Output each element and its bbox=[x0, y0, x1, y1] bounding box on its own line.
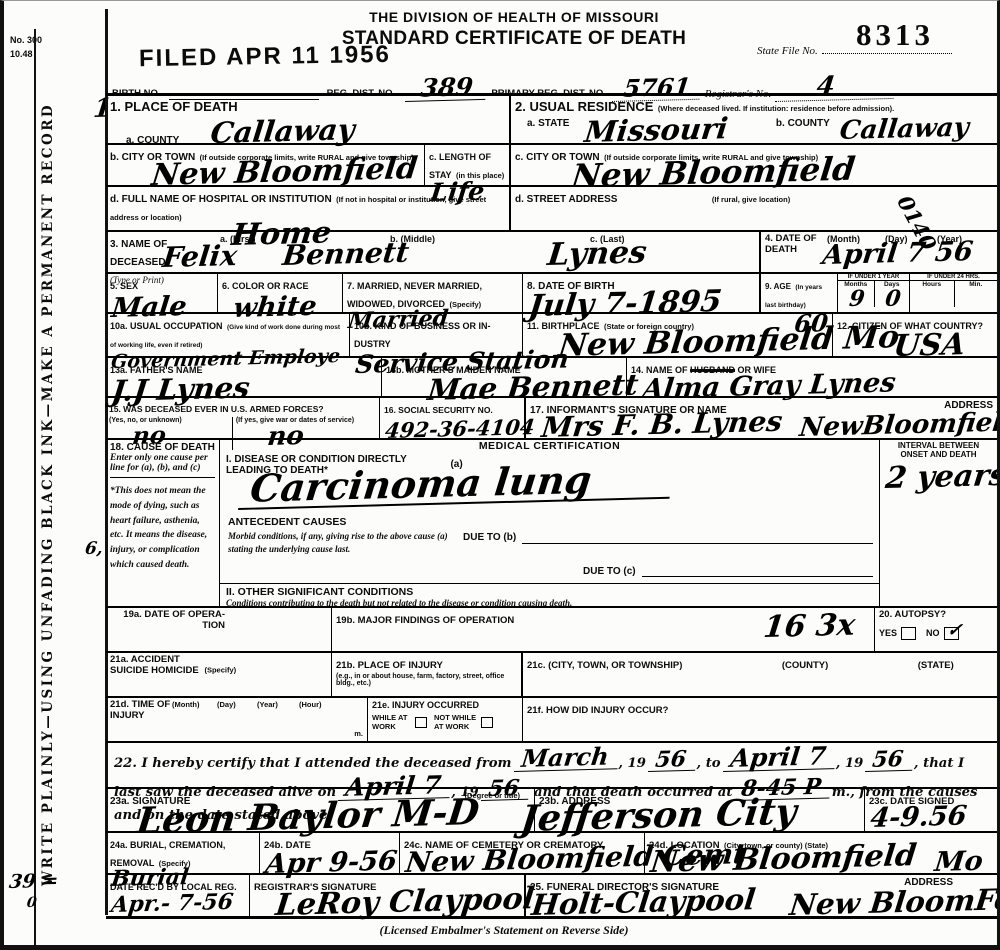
findings-value: 16 3x bbox=[762, 611, 857, 643]
field-armed-forces: 15. WAS DECEASED EVER IN U.S. ARMED FORC… bbox=[106, 396, 379, 438]
autopsy-yes-checkbox bbox=[901, 627, 916, 640]
filed-stamp: FILED APR 11 1956 bbox=[139, 41, 391, 73]
date-received-value: Apr.- 7-56 bbox=[110, 891, 234, 916]
field-street-address: d. STREET ADDRESS (If rural, give locati… bbox=[509, 185, 997, 230]
field-res-city-or-town: c. CITY OR TOWN (If outside corporate li… bbox=[509, 143, 997, 185]
while-at-work-label: WHILE AT WORK bbox=[372, 713, 412, 731]
race-label: 6. COLOR OR RACE bbox=[222, 281, 309, 291]
field-city-or-town: b. CITY OR TOWN (If outside corporate li… bbox=[106, 143, 424, 185]
other-conditions-label: II. OTHER SIGNIFICANT CONDITIONS bbox=[226, 586, 873, 598]
margin-mark: 39 = bbox=[8, 872, 59, 892]
margin-mark: 0 bbox=[26, 896, 37, 910]
field-color-or-race: 6. COLOR OR RACE white bbox=[217, 272, 342, 312]
accident-label: 21a. ACCIDENT SUICIDE HOMICIDE bbox=[110, 655, 200, 676]
hours-label: Hours bbox=[910, 281, 954, 288]
not-while-label: NOT WHILE AT WORK bbox=[434, 713, 478, 731]
margin-mark: 6, bbox=[84, 541, 104, 558]
field-name-of-deceased: 3. NAME OF DECEASED (Type or Print) a. (… bbox=[106, 230, 759, 272]
field-length-of-stay: c. LENGTH OF STAY (in this place) Life bbox=[424, 143, 509, 185]
field-major-findings: 19b. MAJOR FINDINGS OF OPERATION 16 3x bbox=[331, 606, 874, 651]
min-label: Min. bbox=[955, 281, 998, 288]
field-date-received: DATE REC'D BY LOCAL REG. Apr.- 7-56 bbox=[106, 873, 249, 916]
injury-county-label: (COUNTY) bbox=[782, 660, 828, 671]
field-mother-name: 13b. MOTHER'S MAIDEN NAME Mae Bennett bbox=[381, 356, 626, 396]
medical-cert-title: MEDICAL CERTIFICATION bbox=[220, 440, 879, 452]
division-title: THE DIVISION OF HEALTH OF MISSOURI bbox=[334, 9, 694, 25]
not-while-checkbox bbox=[481, 717, 493, 728]
state-file-number-stamp: 8313 bbox=[856, 17, 934, 53]
antecedent-label: ANTECEDENT CAUSES bbox=[228, 516, 873, 528]
field-marital-status: 7. MARRIED, NEVER MARRIED, WIDOWED, DIVO… bbox=[342, 272, 522, 312]
field-citizen: 12. CITIZEN OF WHAT COUNTRY? USA bbox=[832, 312, 997, 356]
field-date-signed: 23c. DATE SIGNED 4-9.56 bbox=[864, 787, 997, 831]
field-cemetery: 24c. NAME OF CEMETERY OR CREMATORY New B… bbox=[399, 831, 644, 873]
field-certify-statement: 22. I hereby certify that I attended the… bbox=[106, 741, 997, 787]
due-to-b-label: DUE TO (b) bbox=[463, 532, 516, 543]
street-note: (If rural, give location) bbox=[712, 195, 790, 204]
injury-place-note: (e.g., in or about house, farm, factory,… bbox=[336, 673, 517, 687]
how-injury-label: 21f. HOW DID INJURY OCCUR? bbox=[527, 705, 668, 716]
business-label: 10b. KIND OF BUSINESS OR IN­DUSTRY bbox=[354, 321, 491, 349]
name-label: 3. NAME OF DECEASED bbox=[110, 239, 167, 268]
field-informant: 17. INFORMANT'S SIGNATURE OR NAME ADDRES… bbox=[524, 396, 997, 438]
accident-note: (Specify) bbox=[204, 666, 236, 675]
embalmer-note: (Licensed Embalmer's Statement on Revers… bbox=[254, 923, 754, 938]
field-date-of-operation: 19a. DATE OF OPERA­TION bbox=[106, 606, 331, 651]
injury-year-label: (Year) bbox=[257, 700, 299, 721]
field-age-under24: IF UNDER 24 HRS. Hours Min. bbox=[909, 272, 997, 312]
field-injury-city: 21c. (CITY, TOWN, OR TOWNSHIP) (COUNTY) … bbox=[521, 651, 997, 696]
armed-note1: (Yes, no, or unknown) bbox=[109, 417, 232, 424]
under24-label: IF UNDER 24 HRS. bbox=[910, 274, 997, 281]
interval-value: 2 years bbox=[884, 461, 1000, 494]
age-label: 9. AGE bbox=[765, 282, 791, 291]
injury-occurred-label: 21e. INJURY OCCURRED bbox=[372, 700, 518, 710]
autopsy-yes-label: YES bbox=[879, 628, 897, 638]
armed-label: 15. WAS DECEASED EVER IN U.S. ARMED FORC… bbox=[109, 404, 324, 414]
field-physician-address: 23b. ADDRESS Jefferson City bbox=[534, 787, 864, 831]
certify-to-year: 56 bbox=[865, 748, 914, 772]
while-at-work-checkbox bbox=[415, 717, 427, 728]
field-cause-of-death: 18. CAUSE OF DEATH Enter only one cause … bbox=[106, 438, 219, 606]
death-certificate-scan: No. 300 10.48 WRITE PLAINLY—USING UNFADI… bbox=[0, 0, 1000, 950]
marital-note: (Specify) bbox=[449, 300, 481, 309]
cause-line: Enter only one cause per line for (a), (… bbox=[110, 453, 215, 478]
field-usual-residence: 2. USUAL RESIDENCE (Where deceased lived… bbox=[509, 93, 997, 143]
dod-label: 4. DATE OF DEATH bbox=[765, 234, 827, 255]
field-registrar-signature: REGISTRAR'S SIGNATURE LeRoy Claypool bbox=[249, 873, 524, 916]
certify-seg: 22. I hereby certify that I attended the… bbox=[114, 756, 512, 771]
funeral-director-value: Holt-Claypool bbox=[530, 885, 757, 920]
injury-time-label: 21d. TIME OF INJURY bbox=[110, 700, 172, 721]
field-age: 9. AGE (In years last birthday) 60 bbox=[759, 272, 837, 312]
field-accident-suicide: 21a. ACCIDENT SUICIDE HOMICIDE (Specify) bbox=[106, 651, 331, 696]
interval-label: INTERVAL BETWEEN ONSET AND DEATH bbox=[884, 442, 993, 460]
morbid-note: Morbid conditions, if any, giving rise t… bbox=[228, 530, 463, 576]
field-father-name: 13a. FATHER'S NAME J.J Lynes bbox=[106, 356, 381, 396]
field-autopsy: 20. AUTOPSY? YES NO ✓ bbox=[874, 606, 997, 651]
sex-label: 5. SEX bbox=[110, 281, 138, 291]
field-age-under1: IF UNDER 1 YEAR Months 9 Days 0 bbox=[837, 272, 909, 312]
autopsy-no-check: ✓ bbox=[946, 621, 963, 639]
funeral-addr-value: New BloomFeild bbox=[788, 884, 1000, 920]
hospital-label: d. FULL NAME OF HOSPITAL OR INSTITUTION bbox=[110, 194, 332, 205]
days-value: 0 bbox=[884, 288, 902, 310]
field-date-of-death: 4. DATE OF DEATH (Month) (Day) (Year) Ap… bbox=[759, 230, 997, 272]
injury-day-label: (Day) bbox=[217, 700, 257, 721]
injury-m-label: m. bbox=[354, 729, 363, 738]
due-to-c-label: DUE TO (c) bbox=[583, 566, 636, 577]
autopsy-no-label: NO bbox=[926, 628, 940, 638]
last-value: Lynes bbox=[546, 237, 648, 271]
certify-seg: , 19 bbox=[836, 756, 864, 771]
armed-note2: (If yes, give war or dates of service) bbox=[236, 417, 376, 424]
margin-rule bbox=[34, 29, 36, 945]
field-interval: INTERVAL BETWEEN ONSET AND DEATH 2 years bbox=[879, 438, 997, 606]
cause-label: 18. CAUSE OF DEATH bbox=[110, 442, 215, 453]
months-value: 9 bbox=[848, 288, 866, 310]
field-occupation: 10a. USUAL OCCUPATION (Give kind of work… bbox=[106, 312, 349, 356]
field-burial-date: 24b. DATE Apr 9-56 bbox=[259, 831, 399, 873]
under1-label: IF UNDER 1 YEAR bbox=[838, 274, 909, 281]
field-hospital: d. FULL NAME OF HOSPITAL OR INSTITUTION … bbox=[106, 185, 509, 230]
field-business: 10b. KIND OF BUSINESS OR IN­DUSTRY Servi… bbox=[349, 312, 522, 356]
injury-month-label: (Month) bbox=[172, 700, 217, 721]
informant-value: Mrs F. B. Lynes bbox=[540, 408, 784, 442]
operation-date-label: 19a. DATE OF OPERA­TION bbox=[110, 610, 225, 631]
ssn-label: 16. SOCIAL SECURITY NO. bbox=[384, 405, 493, 415]
certify-from-month: March bbox=[514, 744, 620, 772]
field-medical-certification: MEDICAL CERTIFICATION I. DISEASE OR COND… bbox=[219, 438, 879, 606]
field-burial-location: 24d. LOCATION (City, town, or county) (S… bbox=[644, 831, 997, 873]
first-value: Felix bbox=[161, 242, 239, 272]
field-sex: 5. SEX Male bbox=[106, 272, 217, 312]
occupation-label: 10a. USUAL OCCUPATION bbox=[110, 321, 223, 331]
field-injury-occurred: 21e. INJURY OCCURRED WHILE AT WORK NOT W… bbox=[367, 696, 522, 741]
field-burial: 24a. BURIAL, CREMA­TION, REMOVAL (Specif… bbox=[106, 831, 259, 873]
certify-seg: , 19 bbox=[618, 756, 646, 771]
injury-city-label: 21c. (CITY, TOWN, OR TOWNSHIP) bbox=[527, 660, 682, 671]
middle-value: Bennett bbox=[281, 239, 411, 270]
findings-label: 19b. MAJOR FINDINGS OF OPERATION bbox=[336, 615, 514, 626]
field-time-of-injury: 21d. TIME OF INJURY (Month) (Day) (Year)… bbox=[106, 696, 367, 741]
field-signature: 23a. SIGNATURE (Degree or title) Leon Ba… bbox=[106, 787, 534, 831]
injury-hour-label: (Hour) bbox=[299, 700, 322, 721]
field-spouse-name: 14. NAME OF HUSBAND OR WIFE Alma Gray Ly… bbox=[626, 356, 997, 396]
usual-residence-title: 2. USUAL RESIDENCE bbox=[515, 99, 653, 114]
dod-value: April 7 56 bbox=[821, 238, 974, 269]
certify-seg: , to bbox=[697, 756, 721, 771]
field-date-of-birth: 8. DATE OF BIRTH July 7-1895 bbox=[522, 272, 759, 312]
field-place-of-death: 1. PLACE OF DEATH a. COUNTY Callaway bbox=[106, 93, 509, 143]
place-of-death-title: 1. PLACE OF DEATH bbox=[110, 99, 238, 114]
street-label: d. STREET ADDRESS bbox=[515, 194, 617, 205]
field-funeral-director: 25. FUNERAL DIRECTOR'S SIGNATURE ADDRESS… bbox=[524, 873, 997, 916]
injury-state-label: (STATE) bbox=[918, 660, 954, 671]
date-signed-value: 4-9.56 bbox=[869, 803, 968, 832]
field-how-injury: 21f. HOW DID INJURY OCCUR? bbox=[522, 696, 997, 741]
autopsy-no-checkbox: ✓ bbox=[944, 627, 959, 640]
field-place-of-injury: 21b. PLACE OF INJURY (e.g., in or about … bbox=[331, 651, 521, 696]
certify-to-date: April 7 bbox=[723, 743, 837, 772]
field-ssn: 16. SOCIAL SECURITY NO. 492-36-4104 bbox=[379, 396, 524, 438]
state-file-label: State File No. bbox=[757, 45, 818, 57]
form-number: No. 300 10.48 bbox=[10, 33, 42, 62]
certify-from-year: 56 bbox=[648, 748, 697, 772]
field-birthplace: 11. BIRTHPLACE (State or foreign country… bbox=[522, 312, 832, 356]
disease-value: Carcinoma lung bbox=[238, 459, 674, 510]
injury-place-label: 21b. PLACE OF INJURY bbox=[336, 660, 443, 671]
margin-vertical-instruction: WRITE PLAINLY—USING UNFADING BLACK INK—M… bbox=[40, 116, 66, 886]
autopsy-label: 20. AUTOPSY? bbox=[879, 610, 993, 621]
cause-note: *This does not mean the mode of dying, s… bbox=[110, 484, 215, 572]
